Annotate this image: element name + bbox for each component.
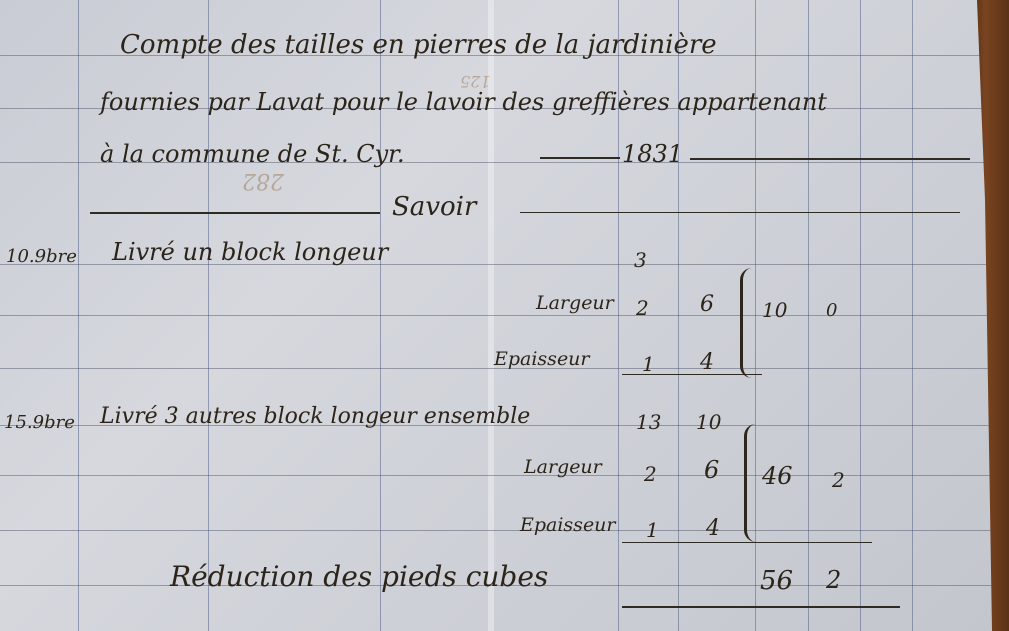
bleed-through-number: 282 [242, 168, 284, 193]
brace [740, 268, 753, 378]
sum-rule [622, 542, 872, 543]
title-line-1: Compte des tailles en pierres de la jard… [120, 30, 717, 60]
largeur-pieds: 2 [644, 462, 657, 486]
reduction-label: Réduction des pieds cubes [170, 560, 548, 593]
year: 1831 [622, 140, 683, 168]
title-line-2: fournies par Lavat pour le lavoir des gr… [100, 88, 827, 116]
heading-rule [90, 212, 380, 214]
title-rule [690, 158, 970, 160]
heading-rule [520, 212, 960, 213]
reduction-pouces: 2 [826, 566, 841, 594]
epaisseur-pieds: 1 [646, 518, 659, 542]
brace [744, 424, 757, 542]
entry-description: Livré 3 autres block longeur ensemble [100, 404, 530, 429]
entry-description: Livré un block longeur [112, 238, 388, 266]
title-rule [540, 157, 620, 159]
document-page: 282 125 Compte des tailles en pierres de… [0, 0, 992, 631]
sum-rule [622, 374, 762, 375]
grid-line [0, 315, 992, 316]
largeur-pieds: 2 [636, 296, 649, 320]
longueur-pieds: 3 [634, 248, 647, 272]
largeur-label: Largeur [524, 456, 602, 478]
title-line-3: à la commune de St. Cyr. [100, 140, 405, 168]
total-rule [622, 606, 900, 608]
total-pouces: 2 [832, 468, 845, 492]
largeur-pouces: 6 [700, 292, 714, 317]
heading-savoir: Savoir [392, 192, 476, 222]
total-pieds: 46 [762, 462, 793, 490]
total-pouces: 0 [826, 300, 837, 321]
entry-date: 10.9bre [6, 246, 77, 267]
longueur-pieds: 13 [636, 410, 661, 434]
grid-line [0, 530, 992, 531]
largeur-label: Largeur [536, 292, 614, 314]
epaisseur-pouces: 4 [700, 350, 714, 375]
entry-date: 15.9bre [4, 412, 75, 433]
longueur-pouces: 10 [696, 410, 721, 434]
epaisseur-label: Epaisseur [494, 348, 590, 370]
total-pieds: 10 [762, 298, 787, 322]
largeur-pouces: 6 [704, 456, 719, 484]
epaisseur-label: Epaisseur [520, 514, 616, 536]
epaisseur-pouces: 4 [706, 516, 720, 541]
reduction-pieds: 56 [760, 566, 793, 596]
epaisseur-pieds: 1 [642, 352, 655, 376]
